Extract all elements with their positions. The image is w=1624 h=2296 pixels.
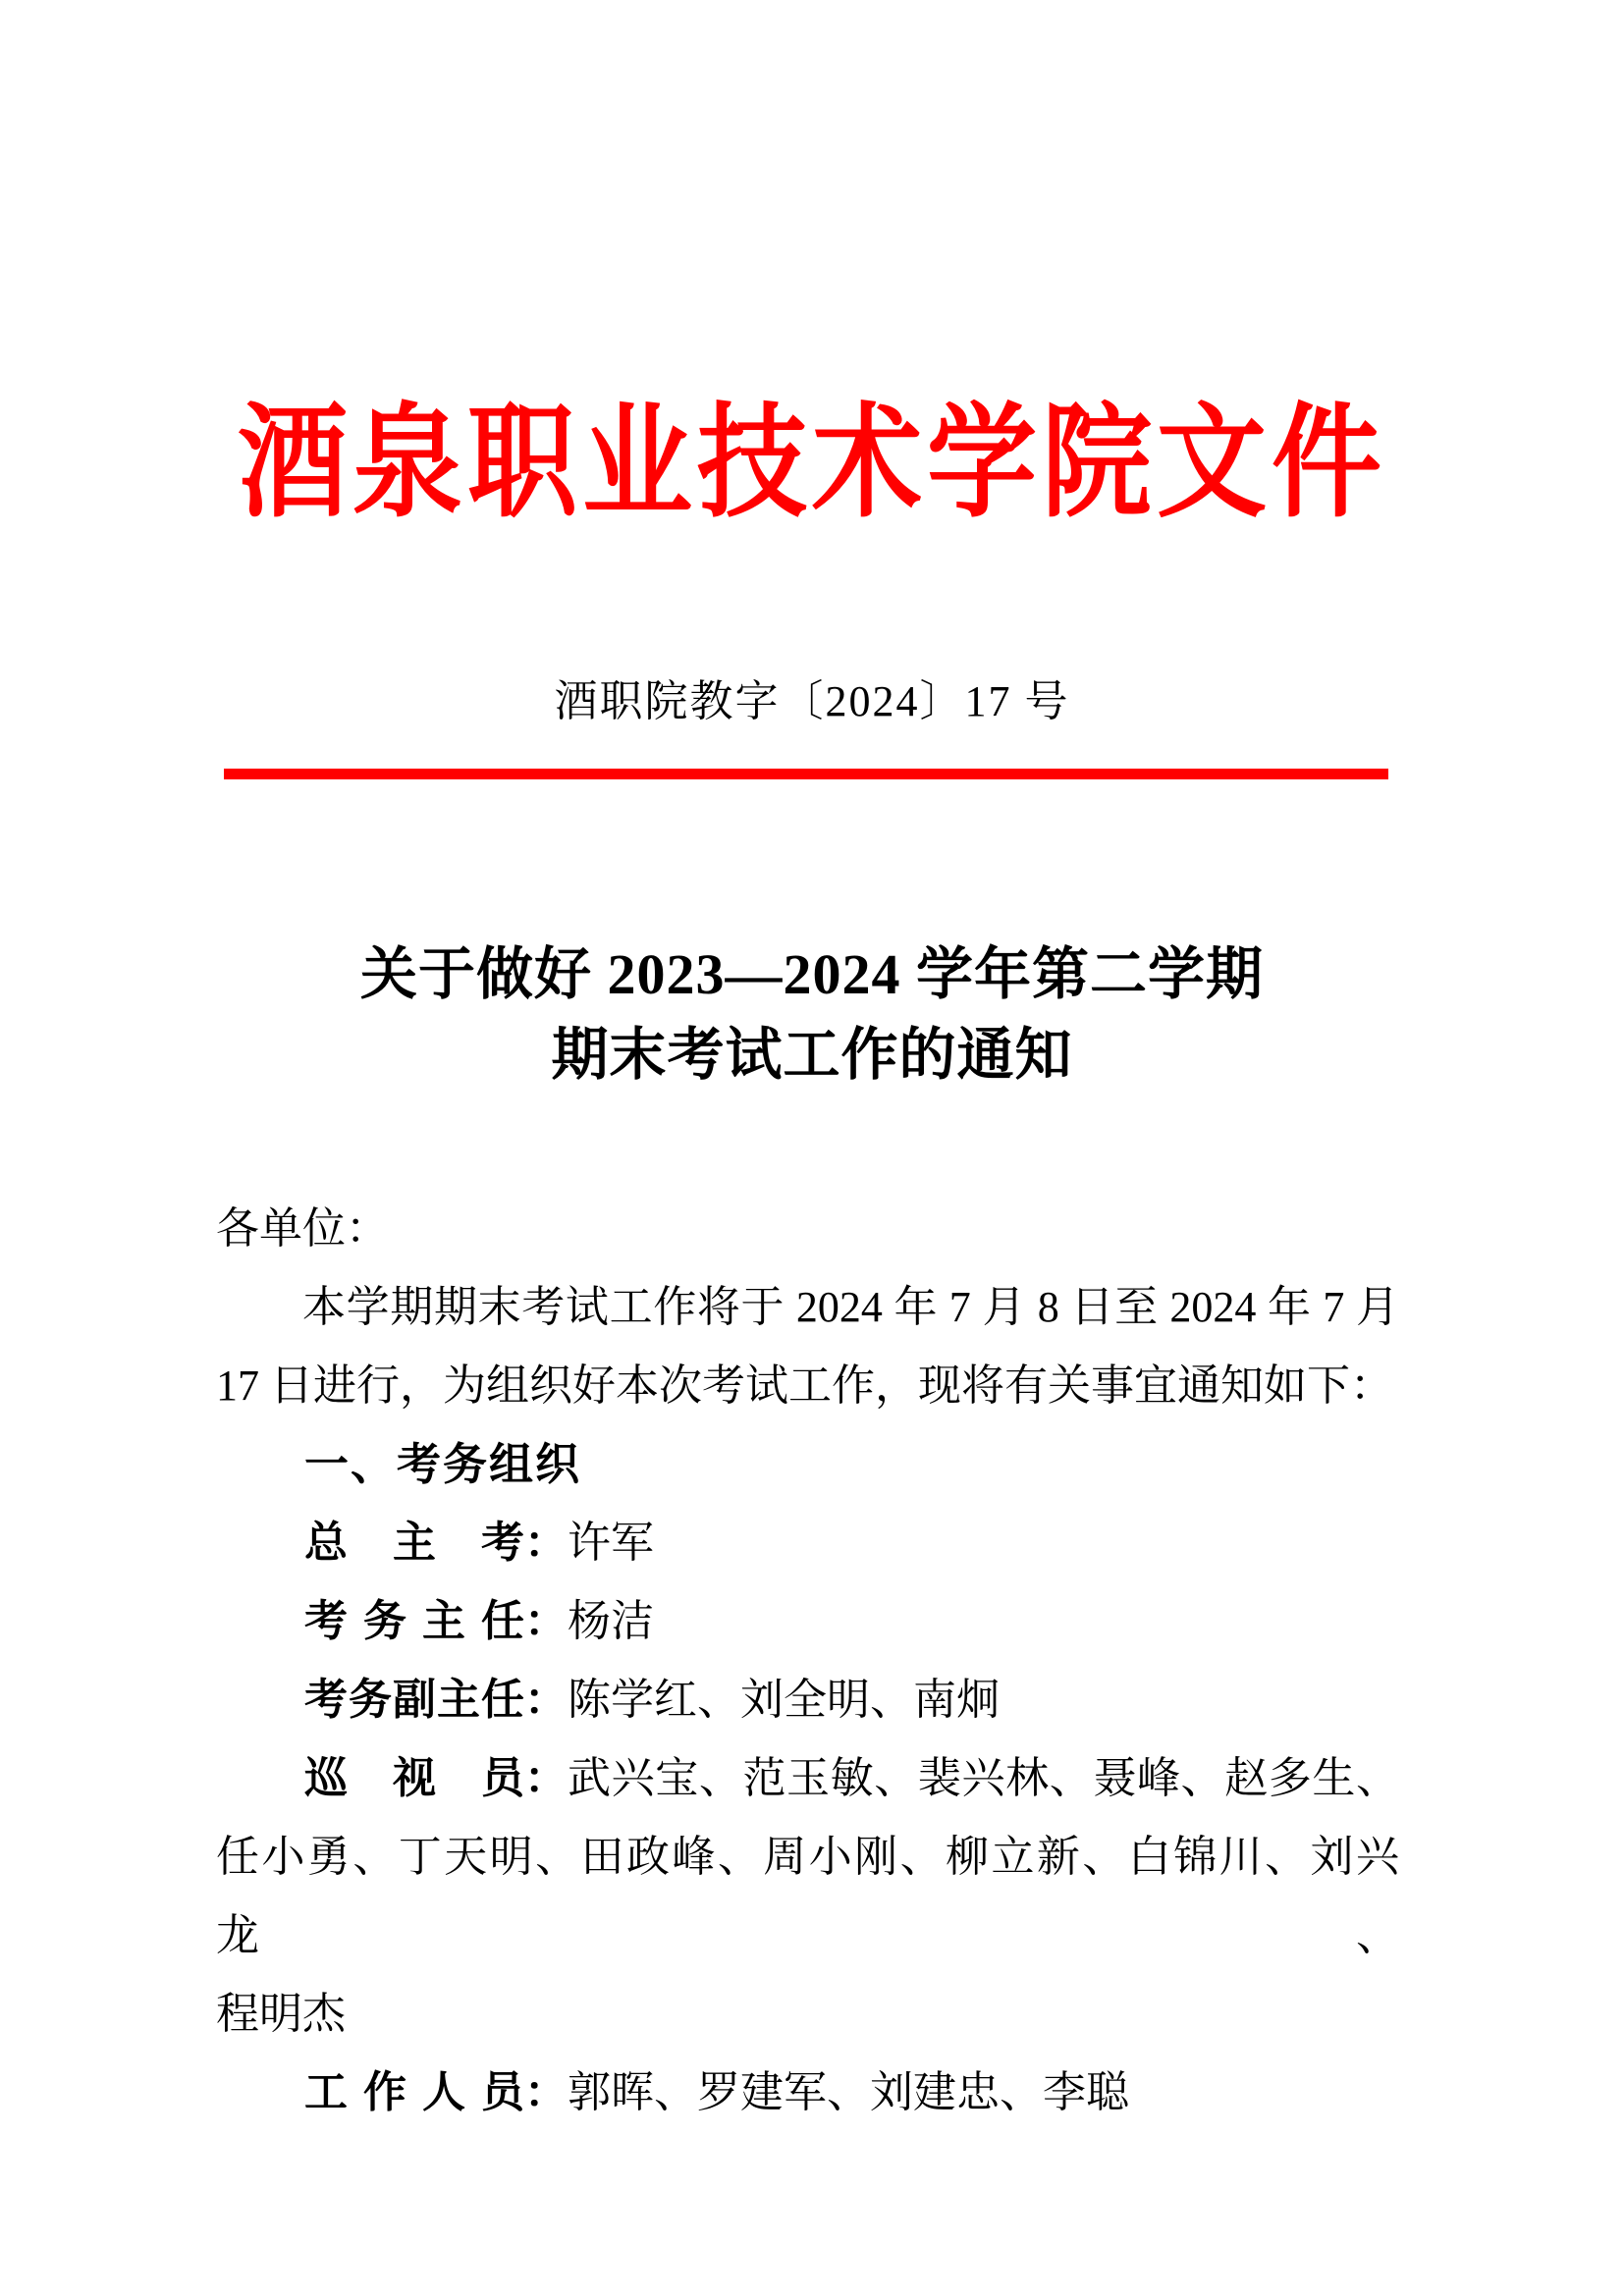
role-colon: ： — [524, 1661, 568, 1739]
intro-line-2: 17 日进行，为组织好本次考试工作，现将有关事宜通知如下： — [216, 1347, 1399, 1425]
notice-title: 关于做好 2023—2024 学年第二学期 期末考试工作的通知 — [0, 934, 1624, 1095]
role-colon: ： — [524, 1739, 568, 1818]
role-names: 陈学红、刘全明、南炯 — [568, 1676, 1000, 1724]
role-names-wrap-line-2: 程明杰 — [216, 1975, 1399, 2054]
role-label: 总主考 — [304, 1504, 524, 1582]
document-page: 酒泉职业技术学院文件 酒职院教字〔2024〕17 号 关于做好 2023—202… — [0, 0, 1624, 2296]
role-label: 工作人员 — [304, 2054, 524, 2132]
section-heading: 一、考务组织 — [216, 1425, 1399, 1504]
role-row-deputy-directors: 考务副主任：陈学红、刘全明、南炯 — [216, 1661, 1399, 1739]
role-colon: ： — [524, 1582, 568, 1661]
notice-title-line-1: 关于做好 2023—2024 学年第二学期 — [0, 934, 1624, 1015]
role-label: 考务副主任 — [304, 1661, 524, 1739]
intro-line-1: 本学期期末考试工作将于 2024 年 7 月 8 日至 2024 年 7 月 — [216, 1268, 1399, 1347]
role-names: 郭晖、罗建军、刘建忠、李聪 — [568, 2068, 1129, 2116]
role-row-inspectors: 巡视员：武兴宝、范玉敏、裴兴林、聂峰、赵多生、 — [216, 1739, 1399, 1818]
agency-header-title: 酒泉职业技术学院文件 — [0, 382, 1624, 547]
role-names: 杨洁 — [568, 1597, 654, 1645]
role-row-chief-examiner: 总主考：许军 — [216, 1504, 1399, 1582]
role-label: 巡视员 — [304, 1739, 524, 1818]
doc-number: 酒职院教字〔2024〕17 号 — [0, 669, 1624, 734]
role-row-staff: 工作人员：郭晖、罗建军、刘建忠、李聪 — [216, 2054, 1399, 2132]
document-body: 各单位： 本学期期末考试工作将于 2024 年 7 月 8 日至 2024 年 … — [216, 1190, 1399, 2132]
role-row-exam-director: 考务主任：杨洁 — [216, 1582, 1399, 1661]
role-names: 武兴宝、范玉敏、裴兴林、聂峰、赵多生、 — [568, 1739, 1399, 1818]
notice-title-line-2: 期末考试工作的通知 — [0, 1015, 1624, 1095]
role-label: 考务主任 — [304, 1582, 524, 1661]
role-names: 许军 — [568, 1519, 654, 1567]
red-separator-rule — [224, 769, 1388, 779]
salutation: 各单位： — [216, 1190, 1399, 1268]
role-colon: ： — [524, 2054, 568, 2132]
role-colon: ： — [524, 1504, 568, 1582]
role-names-wrap-line-1: 任小勇、丁天明、田政峰、周小刚、柳立新、白锦川、刘兴龙、 — [216, 1818, 1399, 1975]
